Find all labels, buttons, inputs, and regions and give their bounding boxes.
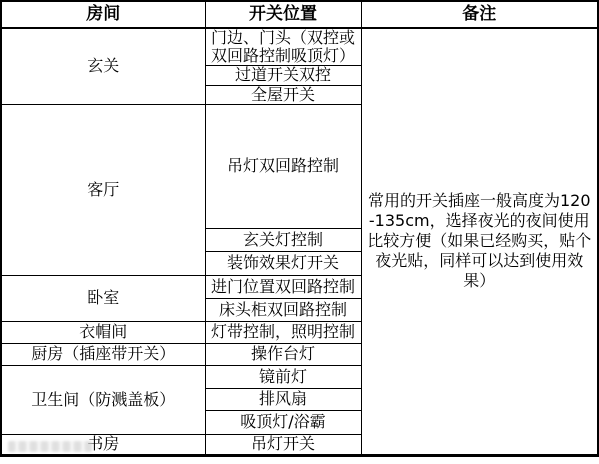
room-cell-bathroom: 卫生间（防溅盖板） [1, 365, 205, 434]
col-header-room: 房间 [1, 1, 205, 28]
header-row: 房间 开关位置 备注 [1, 1, 598, 28]
switch-cell: 镜前灯 [205, 365, 361, 388]
switch-cell: 吊灯开关 [205, 434, 361, 455]
switch-cell: 灯带控制，照明控制 [205, 321, 361, 343]
room-cell-kitchen: 厨房（插座带开关） [1, 343, 205, 365]
room-cell-study: 书房 [1, 434, 205, 455]
switch-cell: 排风扇 [205, 388, 361, 410]
col-header-notes: 备注 [361, 1, 598, 28]
switch-cell: 操作台灯 [205, 343, 361, 365]
table-row: 玄关 门边、门头（双控或双回路控制吸顶灯） 常用的开关插座一般高度为120-13… [1, 28, 598, 65]
room-cell-living-room: 客厅 [1, 104, 205, 275]
switch-cell: 门边、门头（双控或双回路控制吸顶灯） [205, 28, 361, 65]
switch-cell: 玄关灯控制 [205, 228, 361, 251]
switch-cell: 进门位置双回路控制 [205, 275, 361, 298]
room-cell-entryway: 玄关 [1, 28, 205, 104]
room-cell-cloakroom: 衣帽间 [1, 321, 205, 343]
col-header-switch-position: 开关位置 [205, 1, 361, 28]
switch-location-table: 房间 开关位置 备注 玄关 门边、门头（双控或双回路控制吸顶灯） 常用的开关插座… [0, 0, 599, 457]
switch-cell: 装饰效果灯开关 [205, 251, 361, 275]
switch-cell: 吸顶灯/浴霸 [205, 410, 361, 434]
switch-cell: 过道开关双控 [205, 65, 361, 85]
switch-cell: 床头柜双回路控制 [205, 298, 361, 321]
switch-cell: 吊灯双回路控制 [205, 104, 361, 228]
room-cell-bedroom: 卧室 [1, 275, 205, 321]
switch-cell: 全屋开关 [205, 85, 361, 104]
notes-cell: 常用的开关插座一般高度为120-135cm，选择夜光的夜间使用比较方便（如果已经… [361, 28, 598, 455]
